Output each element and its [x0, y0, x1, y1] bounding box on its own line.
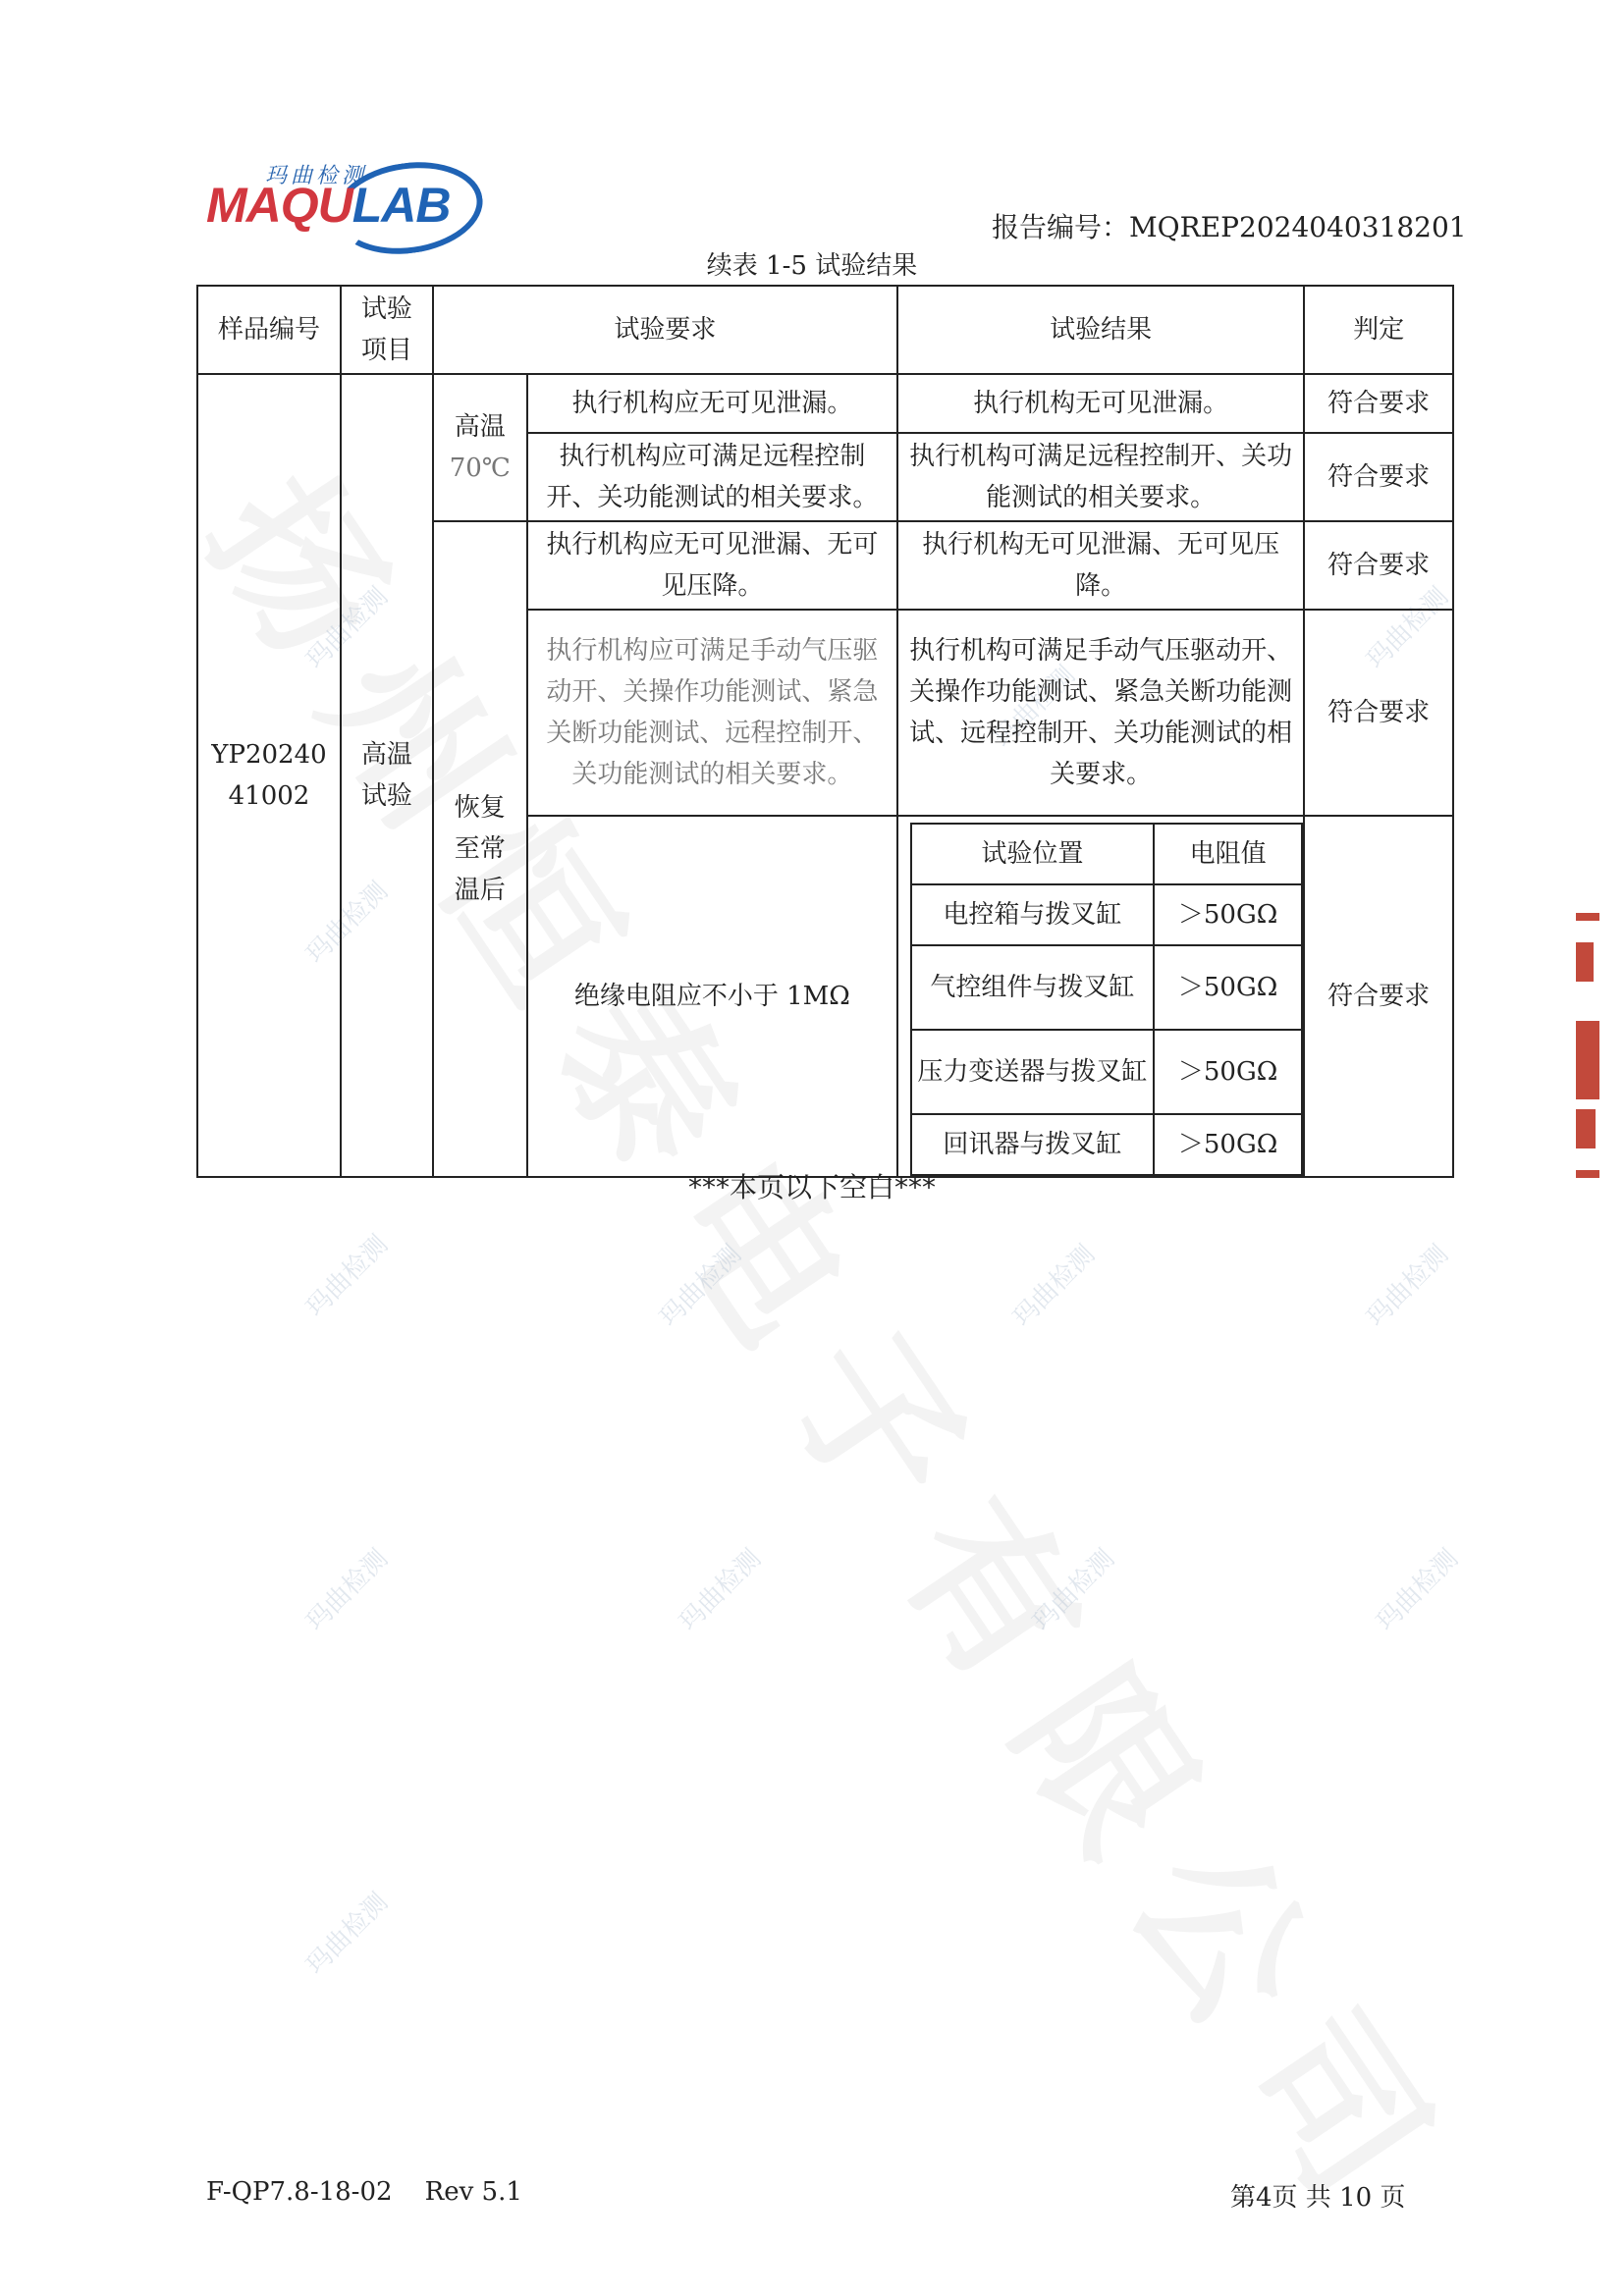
lab-watermark: 玛曲检测 [1023, 1540, 1121, 1638]
test-item-cell: 高温 试验 [341, 374, 433, 1177]
table-row: YP20240 41002 高温 试验 高温 70℃ 执行机构应无可见泄漏。 执… [197, 374, 1453, 433]
requirement-cell: 执行机构应无可见泄漏。 [527, 374, 897, 433]
condition-high-temp: 高温 70℃ [433, 374, 527, 521]
sample-no-cell: YP20240 41002 [197, 374, 341, 1177]
result-cell: 执行机构无可见泄漏。 [897, 374, 1304, 433]
seal-stamp-icon [1576, 913, 1601, 1178]
verdict-cell: 符合要求 [1304, 374, 1453, 433]
report-number: 报告编号：MQREP2024040318201 [992, 206, 1467, 245]
result-cell: 执行机构可满足手动气压驱动开、关操作功能测试、紧急关断功能测试、远程控制开、关功… [897, 610, 1304, 816]
table-header-row: 样品编号 试验项目 试验要求 试验结果 判定 [197, 286, 1453, 374]
requirement-cell: 绝缘电阻应不小于 1MΩ [527, 816, 897, 1177]
insulation-header-row: 试验位置 电阻值 [911, 824, 1302, 884]
test-results-table: 样品编号 试验项目 试验要求 试验结果 判定 YP20240 41002 高温 … [196, 285, 1454, 1178]
header-test-item: 试验项目 [341, 286, 433, 374]
verdict-cell: 符合要求 [1304, 433, 1453, 521]
result-cell: 执行机构无可见泄漏、无可见压降。 [897, 521, 1304, 610]
insulation-row: 压力变送器与拨叉缸 ＞50GΩ [911, 1030, 1302, 1114]
insulation-table: 试验位置 电阻值 电控箱与拨叉缸 ＞50GΩ 气控组件与拨叉缸 ＞50GΩ 压力… [910, 823, 1303, 1176]
lab-watermark: 玛曲检测 [1367, 1540, 1465, 1638]
header-result: 试验结果 [897, 286, 1304, 374]
insulation-result-cell: 试验位置 电阻值 电控箱与拨叉缸 ＞50GΩ 气控组件与拨叉缸 ＞50GΩ 压力… [897, 816, 1304, 1177]
lab-watermark: 玛曲检测 [297, 1884, 395, 1982]
requirement-cell: 执行机构应可满足远程控制开、关功能测试的相关要求。 [527, 433, 897, 521]
insulation-row: 气控组件与拨叉缸 ＞50GΩ [911, 945, 1302, 1030]
result-cell: 执行机构可满足远程控制开、关功能测试的相关要求。 [897, 433, 1304, 521]
verdict-cell: 符合要求 [1304, 816, 1453, 1177]
table-caption: 续表 1-5 试验结果 [0, 245, 1624, 282]
verdict-cell: 符合要求 [1304, 521, 1453, 610]
verdict-cell: 符合要求 [1304, 610, 1453, 816]
header-verdict: 判定 [1304, 286, 1453, 374]
lab-watermark: 玛曲检测 [650, 1236, 748, 1334]
lab-watermark: 玛曲检测 [670, 1540, 768, 1638]
form-number: F-QP7.8-18-02 Rev 5.1 [206, 2177, 522, 2207]
condition-recovery: 恢复 至常 温后 [433, 521, 527, 1177]
requirement-cell: 执行机构应可满足手动气压驱动开、关操作功能测试、紧急关断功能测试、远程控制开、关… [527, 610, 897, 816]
logo-en-text: MAQULAB [206, 177, 451, 234]
page-indicator: 第4页 共 10 页 [1230, 2177, 1405, 2214]
lab-watermark: 玛曲检测 [1357, 1236, 1455, 1334]
lab-watermark: 玛曲检测 [1003, 1236, 1102, 1334]
header-sample-no: 样品编号 [197, 286, 341, 374]
lab-watermark: 玛曲检测 [297, 1540, 395, 1638]
requirement-cell: 执行机构应无可见泄漏、无可见压降。 [527, 521, 897, 610]
header-requirement: 试验要求 [433, 286, 897, 374]
insulation-row: 电控箱与拨叉缸 ＞50GΩ [911, 884, 1302, 945]
blank-below-note: ***本页以下空白*** [0, 1166, 1624, 1205]
lab-watermark: 玛曲检测 [297, 1226, 395, 1324]
maqulab-logo: 玛曲检测 MAQULAB [206, 157, 471, 245]
